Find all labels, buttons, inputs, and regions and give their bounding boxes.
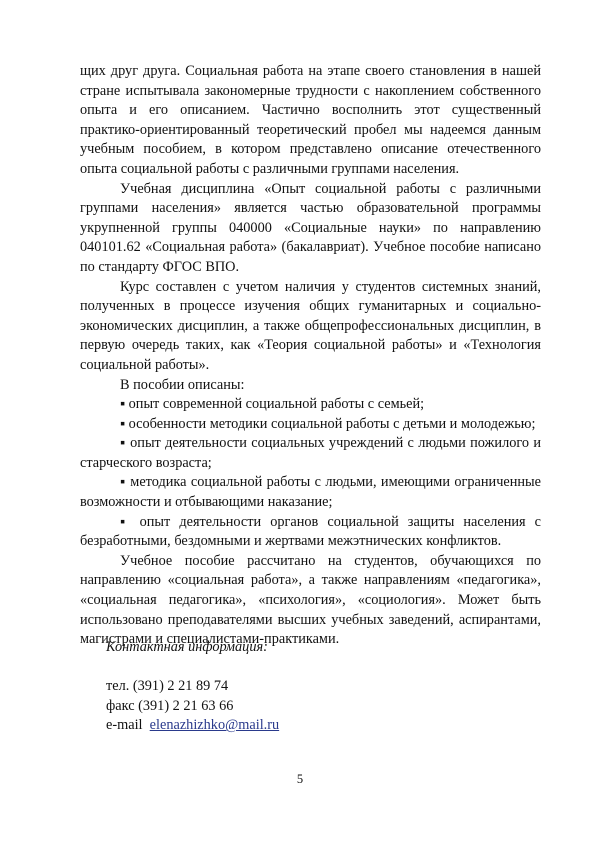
page-number: 5 <box>0 772 600 787</box>
contact-title: Контактная информация: <box>106 638 279 658</box>
email-label: e-mail <box>106 717 146 733</box>
paragraph-discipline: Учебная дисциплина «Опыт социальной рабо… <box>80 180 541 278</box>
list-item: ▪ методика социальной работы с людьми, и… <box>80 473 541 512</box>
contact-phone: тел. (391) 2 21 89 74 <box>106 677 279 697</box>
paragraph-audience: Учебное пособие рассчитано на студентов,… <box>80 552 541 650</box>
paragraph-intro-continuation: щих друг друга. Социальная работа на эта… <box>80 62 541 180</box>
list-item: ▪ опыт деятельности социальных учреждени… <box>80 434 541 473</box>
list-item: ▪ особенности методики социальной работы… <box>80 415 541 435</box>
email-link[interactable]: elenazhizhko@mail.ru <box>150 717 279 733</box>
paragraph-course: Курс составлен с учетом наличия у студен… <box>80 278 541 376</box>
list-intro: В пособии описаны: <box>80 376 541 396</box>
contact-info: Контактная информация: тел. (391) 2 21 8… <box>106 638 279 736</box>
contact-fax: факс (391) 2 21 63 66 <box>106 697 279 717</box>
list-item: ▪ опыт современной социальной работы с с… <box>80 395 541 415</box>
document-body: щих друг друга. Социальная работа на эта… <box>80 62 541 650</box>
list-item: ▪ опыт деятельности органов социальной з… <box>80 513 541 552</box>
contact-email-row: e-mail elenazhizhko@mail.ru <box>106 716 279 736</box>
